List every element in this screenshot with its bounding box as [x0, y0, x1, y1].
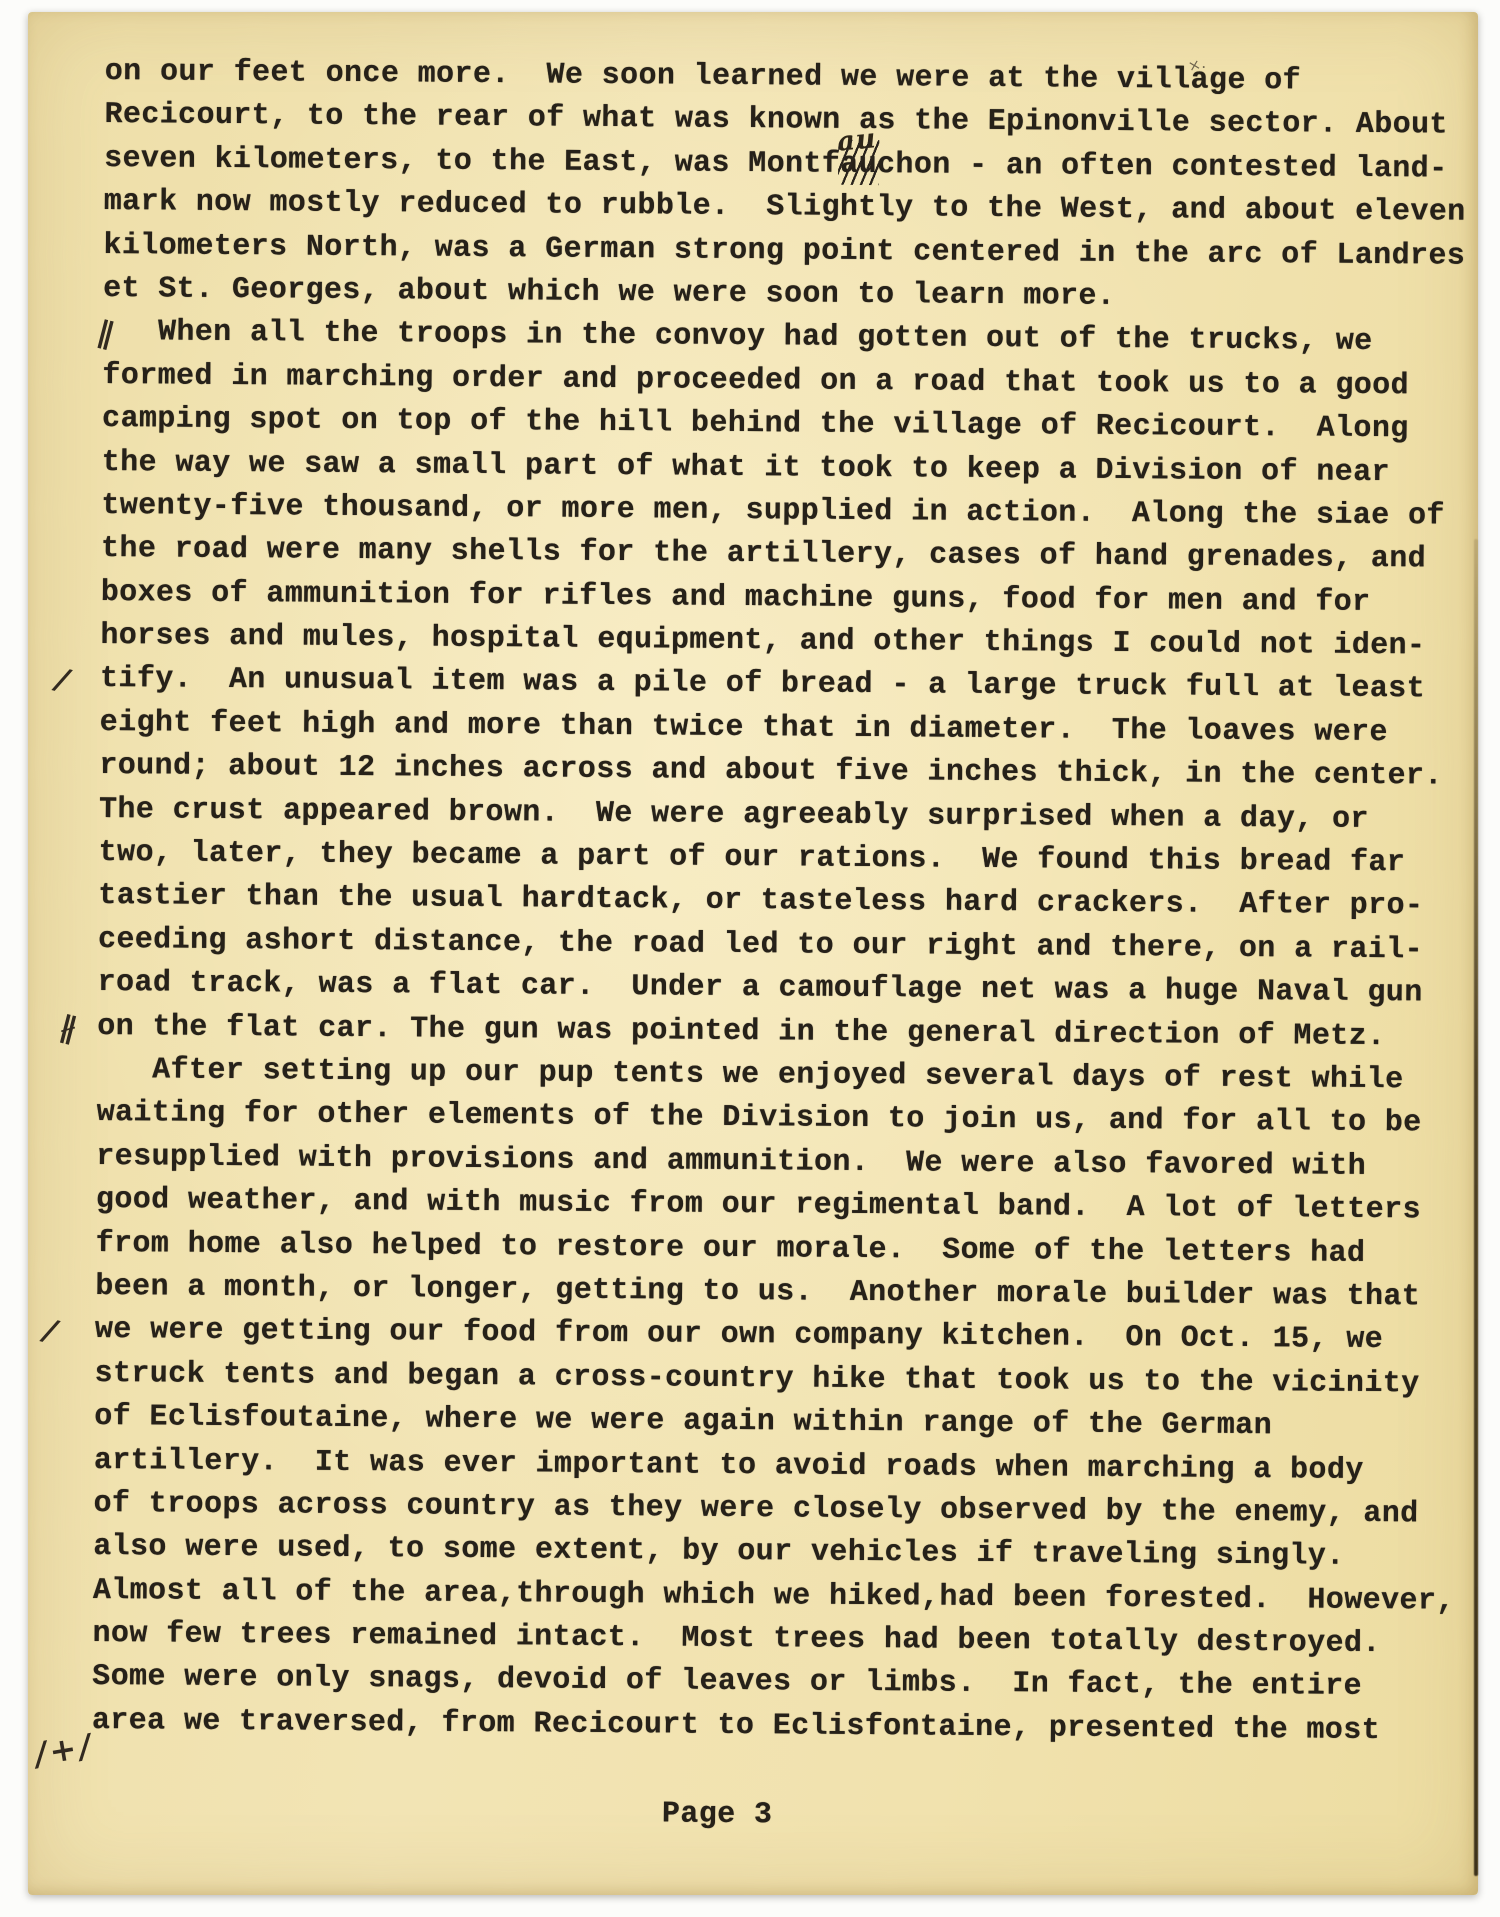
document-page: ×. on our feet once more. We soon learne… [28, 12, 1478, 1895]
handwritten-bottom-mark: /+/ [32, 1726, 97, 1773]
handwritten-margin-mark: ∥ [93, 311, 118, 357]
handwritten-margin-mark: / [52, 658, 73, 703]
typed-text: ×. on our feet once more. We soon learne… [91, 51, 1477, 1838]
typed-overstrike: auau [840, 144, 877, 188]
handwritten-correction: au [835, 117, 878, 164]
scan-backdrop: { "page": { "background_color": "#fcfcfa… [0, 0, 1500, 1917]
paper-edge-shadow [1474, 539, 1478, 1876]
handwritten-margin-mark: / [40, 1309, 61, 1354]
page-number: Page 3 [36, 1793, 1398, 1838]
handwritten-margin-mark: ∦ [55, 1005, 80, 1051]
typed-lines: on our feet once more. We soon learned w… [92, 51, 1477, 1754]
